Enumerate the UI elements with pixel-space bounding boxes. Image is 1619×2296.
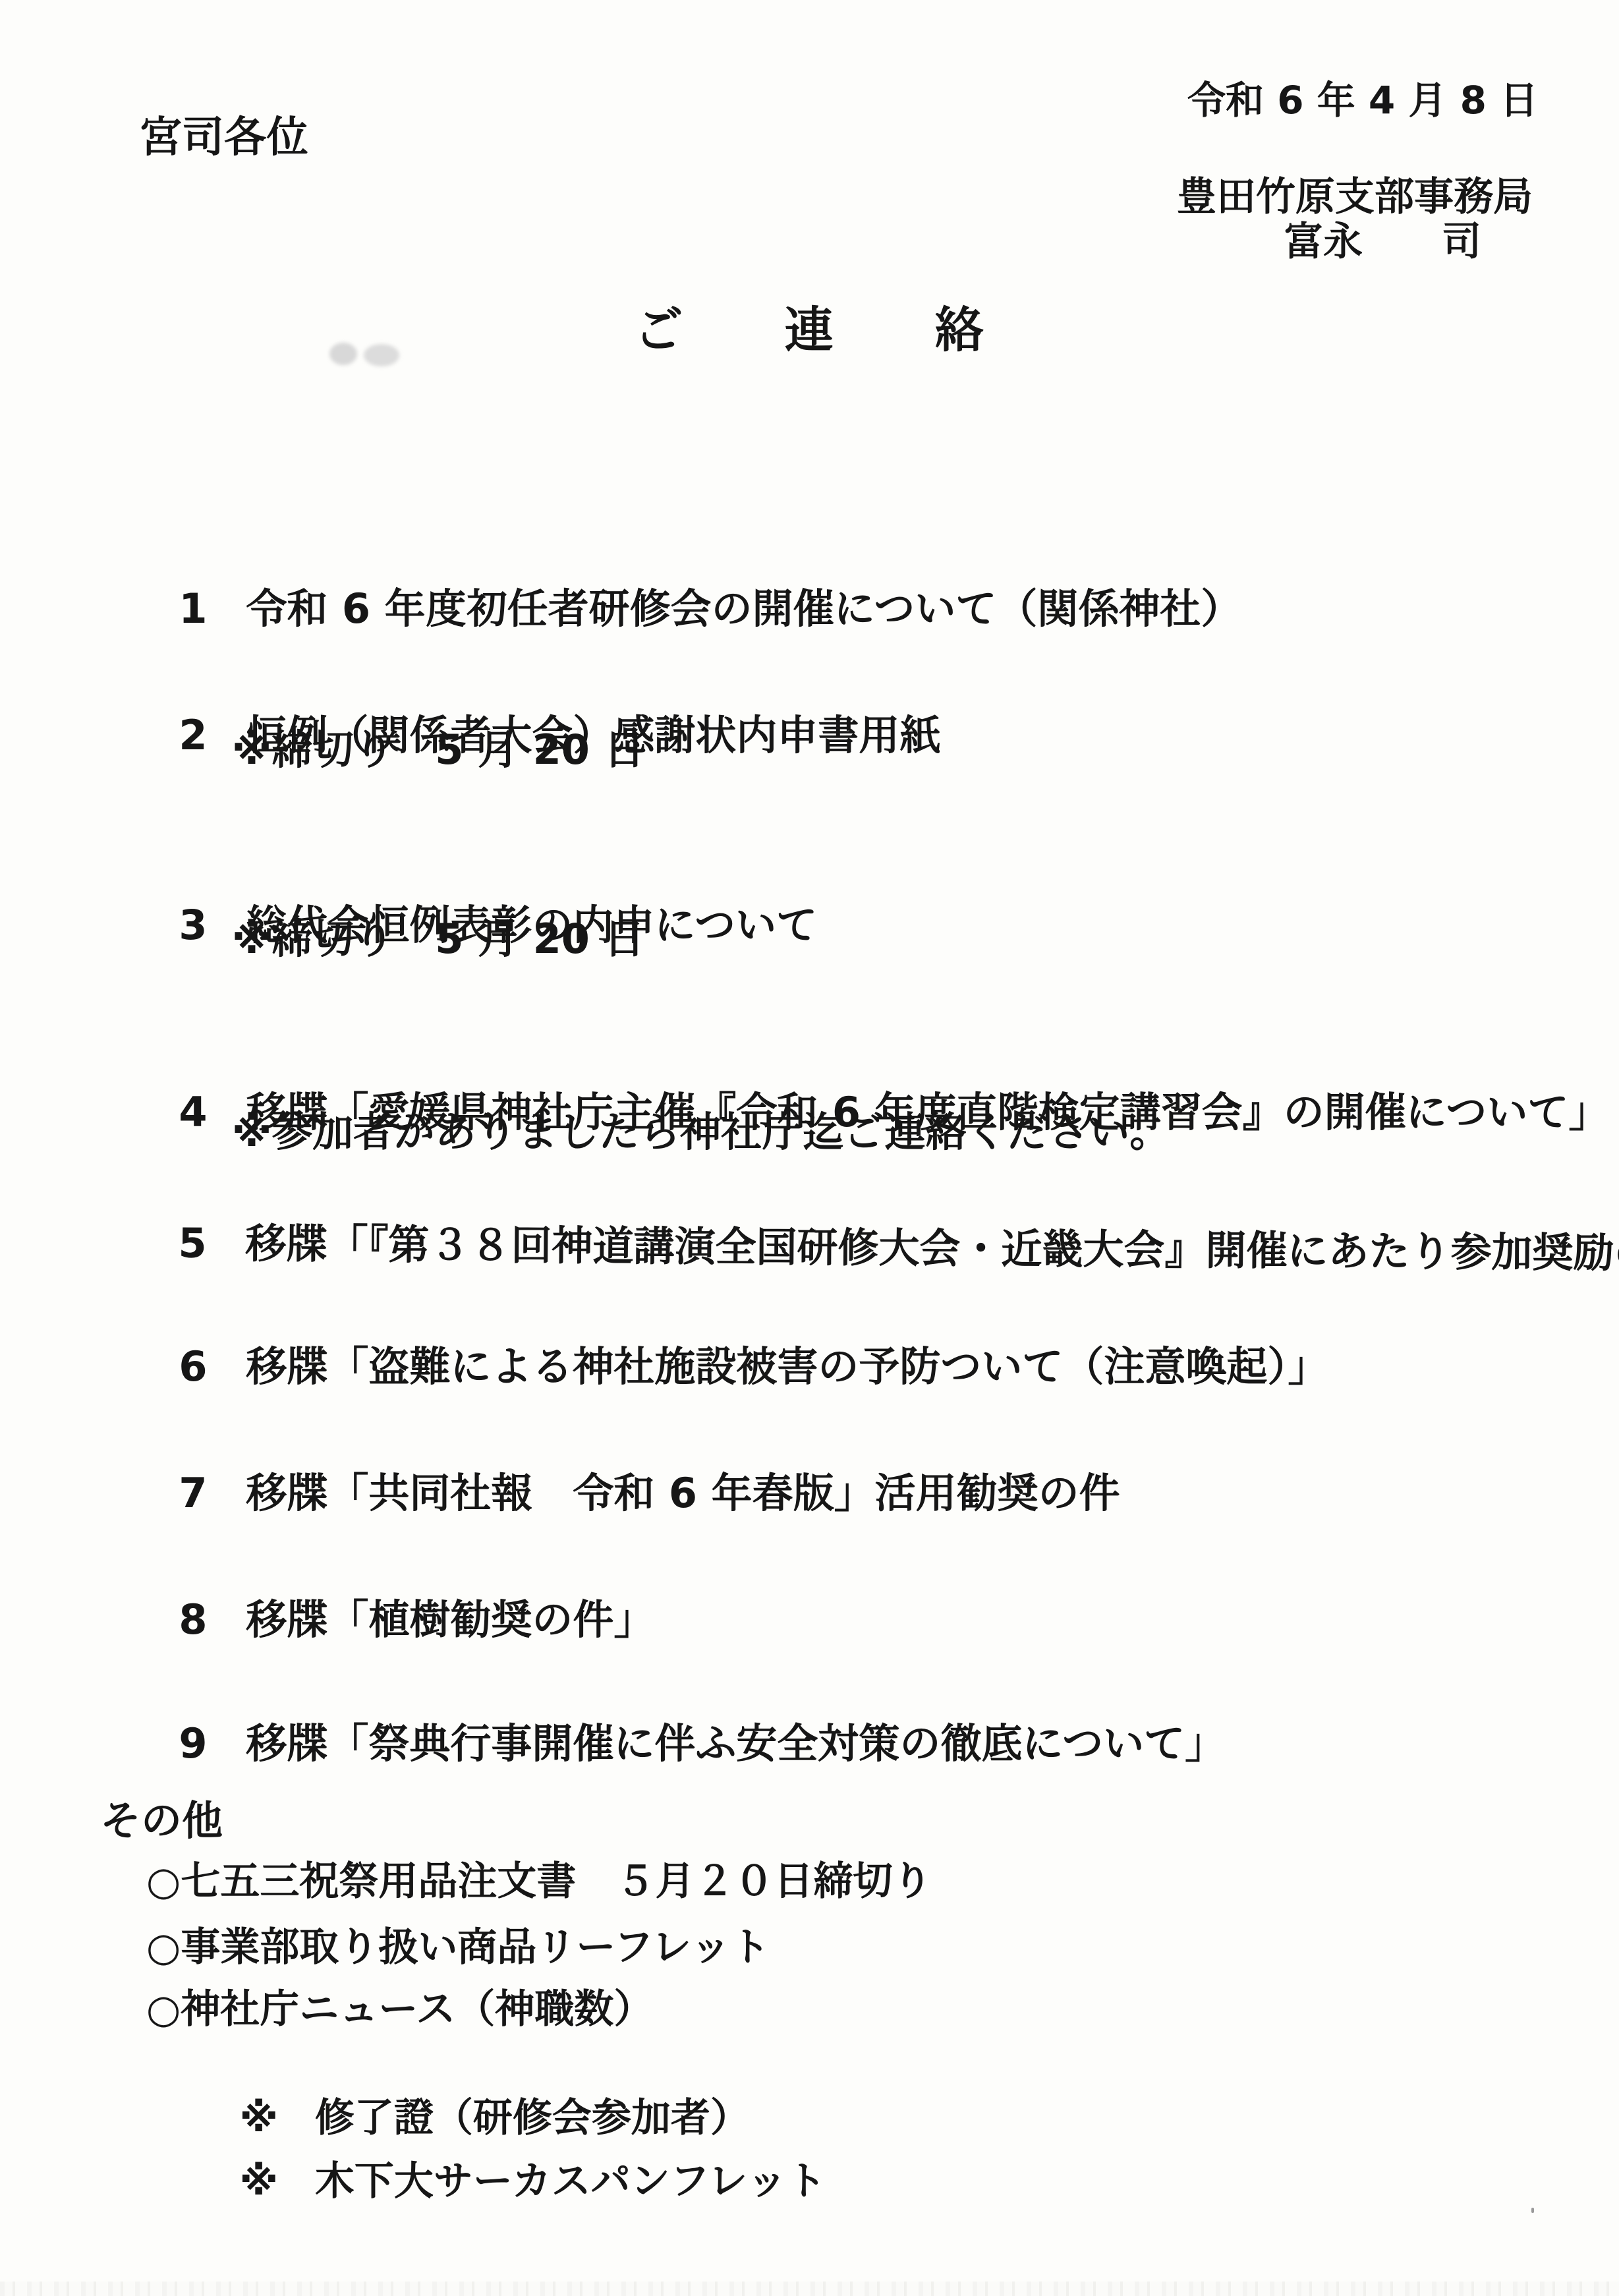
sender-name: 富永 司: [1284, 219, 1481, 266]
scan-speck: [1531, 2208, 1534, 2213]
others-circle-item-2: ○事業部取り扱い商品リーフレット: [146, 1924, 770, 1971]
list-item-7: 7移牒「共同社報 令和 6 年春版」活用勧奨の件: [122, 1421, 1120, 1565]
item-number: 9: [179, 1719, 246, 1767]
sender-organization: 豊田竹原支部事務局: [1177, 174, 1533, 221]
recipient-line: 宮司各位: [140, 113, 308, 163]
list-item-1: 1令和 6 年度初任者研修会の開催について（関係神社）: [122, 536, 1241, 681]
others-circle-item-3: ○神社庁ニュース（神職数）: [146, 1986, 653, 2033]
page-title: ご 連 絡: [0, 302, 1619, 359]
others-heading: その他: [100, 1796, 223, 1845]
item-3-subnote: ※締切り 5 月 20 日: [232, 915, 644, 963]
item-text: 令和 6 年度初任者研修会の開催について（関係神社）: [246, 585, 1241, 633]
others-circle-item-1: ○七五三祝祭用品注文書 ５月２０日締切り: [146, 1858, 932, 1905]
scan-smudge: [329, 343, 357, 365]
reference-mark: ※: [240, 2158, 278, 2204]
item-number: 8: [179, 1595, 246, 1644]
item-number: 6: [179, 1342, 246, 1391]
scanned-notice-page: 令和 6 年 4 月 8 日 宮司各位 豊田竹原支部事務局 富永 司 ご 連 絡…: [0, 0, 1619, 2296]
list-item-8: 8移牒「植樹勧奨の件」: [122, 1547, 654, 1692]
scan-smudge: [364, 344, 399, 366]
list-item-9: 9移牒「祭典行事開催に伴ふ安全対策の徹底について」: [122, 1671, 1226, 1816]
item-number: 1: [179, 585, 246, 633]
item-4-subnote: ※参加者がありましたら神社庁迄ご連絡ください。: [232, 1108, 1170, 1156]
list-item-6: 6移牒「盗難による神社施設被害の予防ついて（注意喚起）」: [122, 1294, 1328, 1439]
item-number: 7: [179, 1469, 246, 1517]
scan-noise-band: [0, 2282, 1619, 2296]
item-text: 移牒「『第３８回神道講演全国研修大会・近畿大会』開催にあたり参加奨励の件」: [245, 1219, 1619, 1278]
item-2-subnote: ※締切り 5 月 20 日: [232, 726, 644, 774]
others-star-item-2: ※木下大サーカスパンフレット: [185, 2111, 826, 2251]
item-text: 移牒「祭典行事開催に伴ふ安全対策の徹底について」: [246, 1719, 1226, 1767]
item-number: 5: [178, 1219, 246, 1268]
star-item-text: 木下大サーカスパンフレット: [315, 2158, 826, 2205]
item-text: 移牒「植樹勧奨の件」: [246, 1595, 654, 1644]
item-text: 移牒「共同社報 令和 6 年春版」活用勧奨の件: [246, 1469, 1120, 1517]
date-line: 令和 6 年 4 月 8 日: [1187, 78, 1538, 123]
item-text: 移牒「盗難による神社施設被害の予防ついて（注意喚起）」: [246, 1342, 1328, 1391]
